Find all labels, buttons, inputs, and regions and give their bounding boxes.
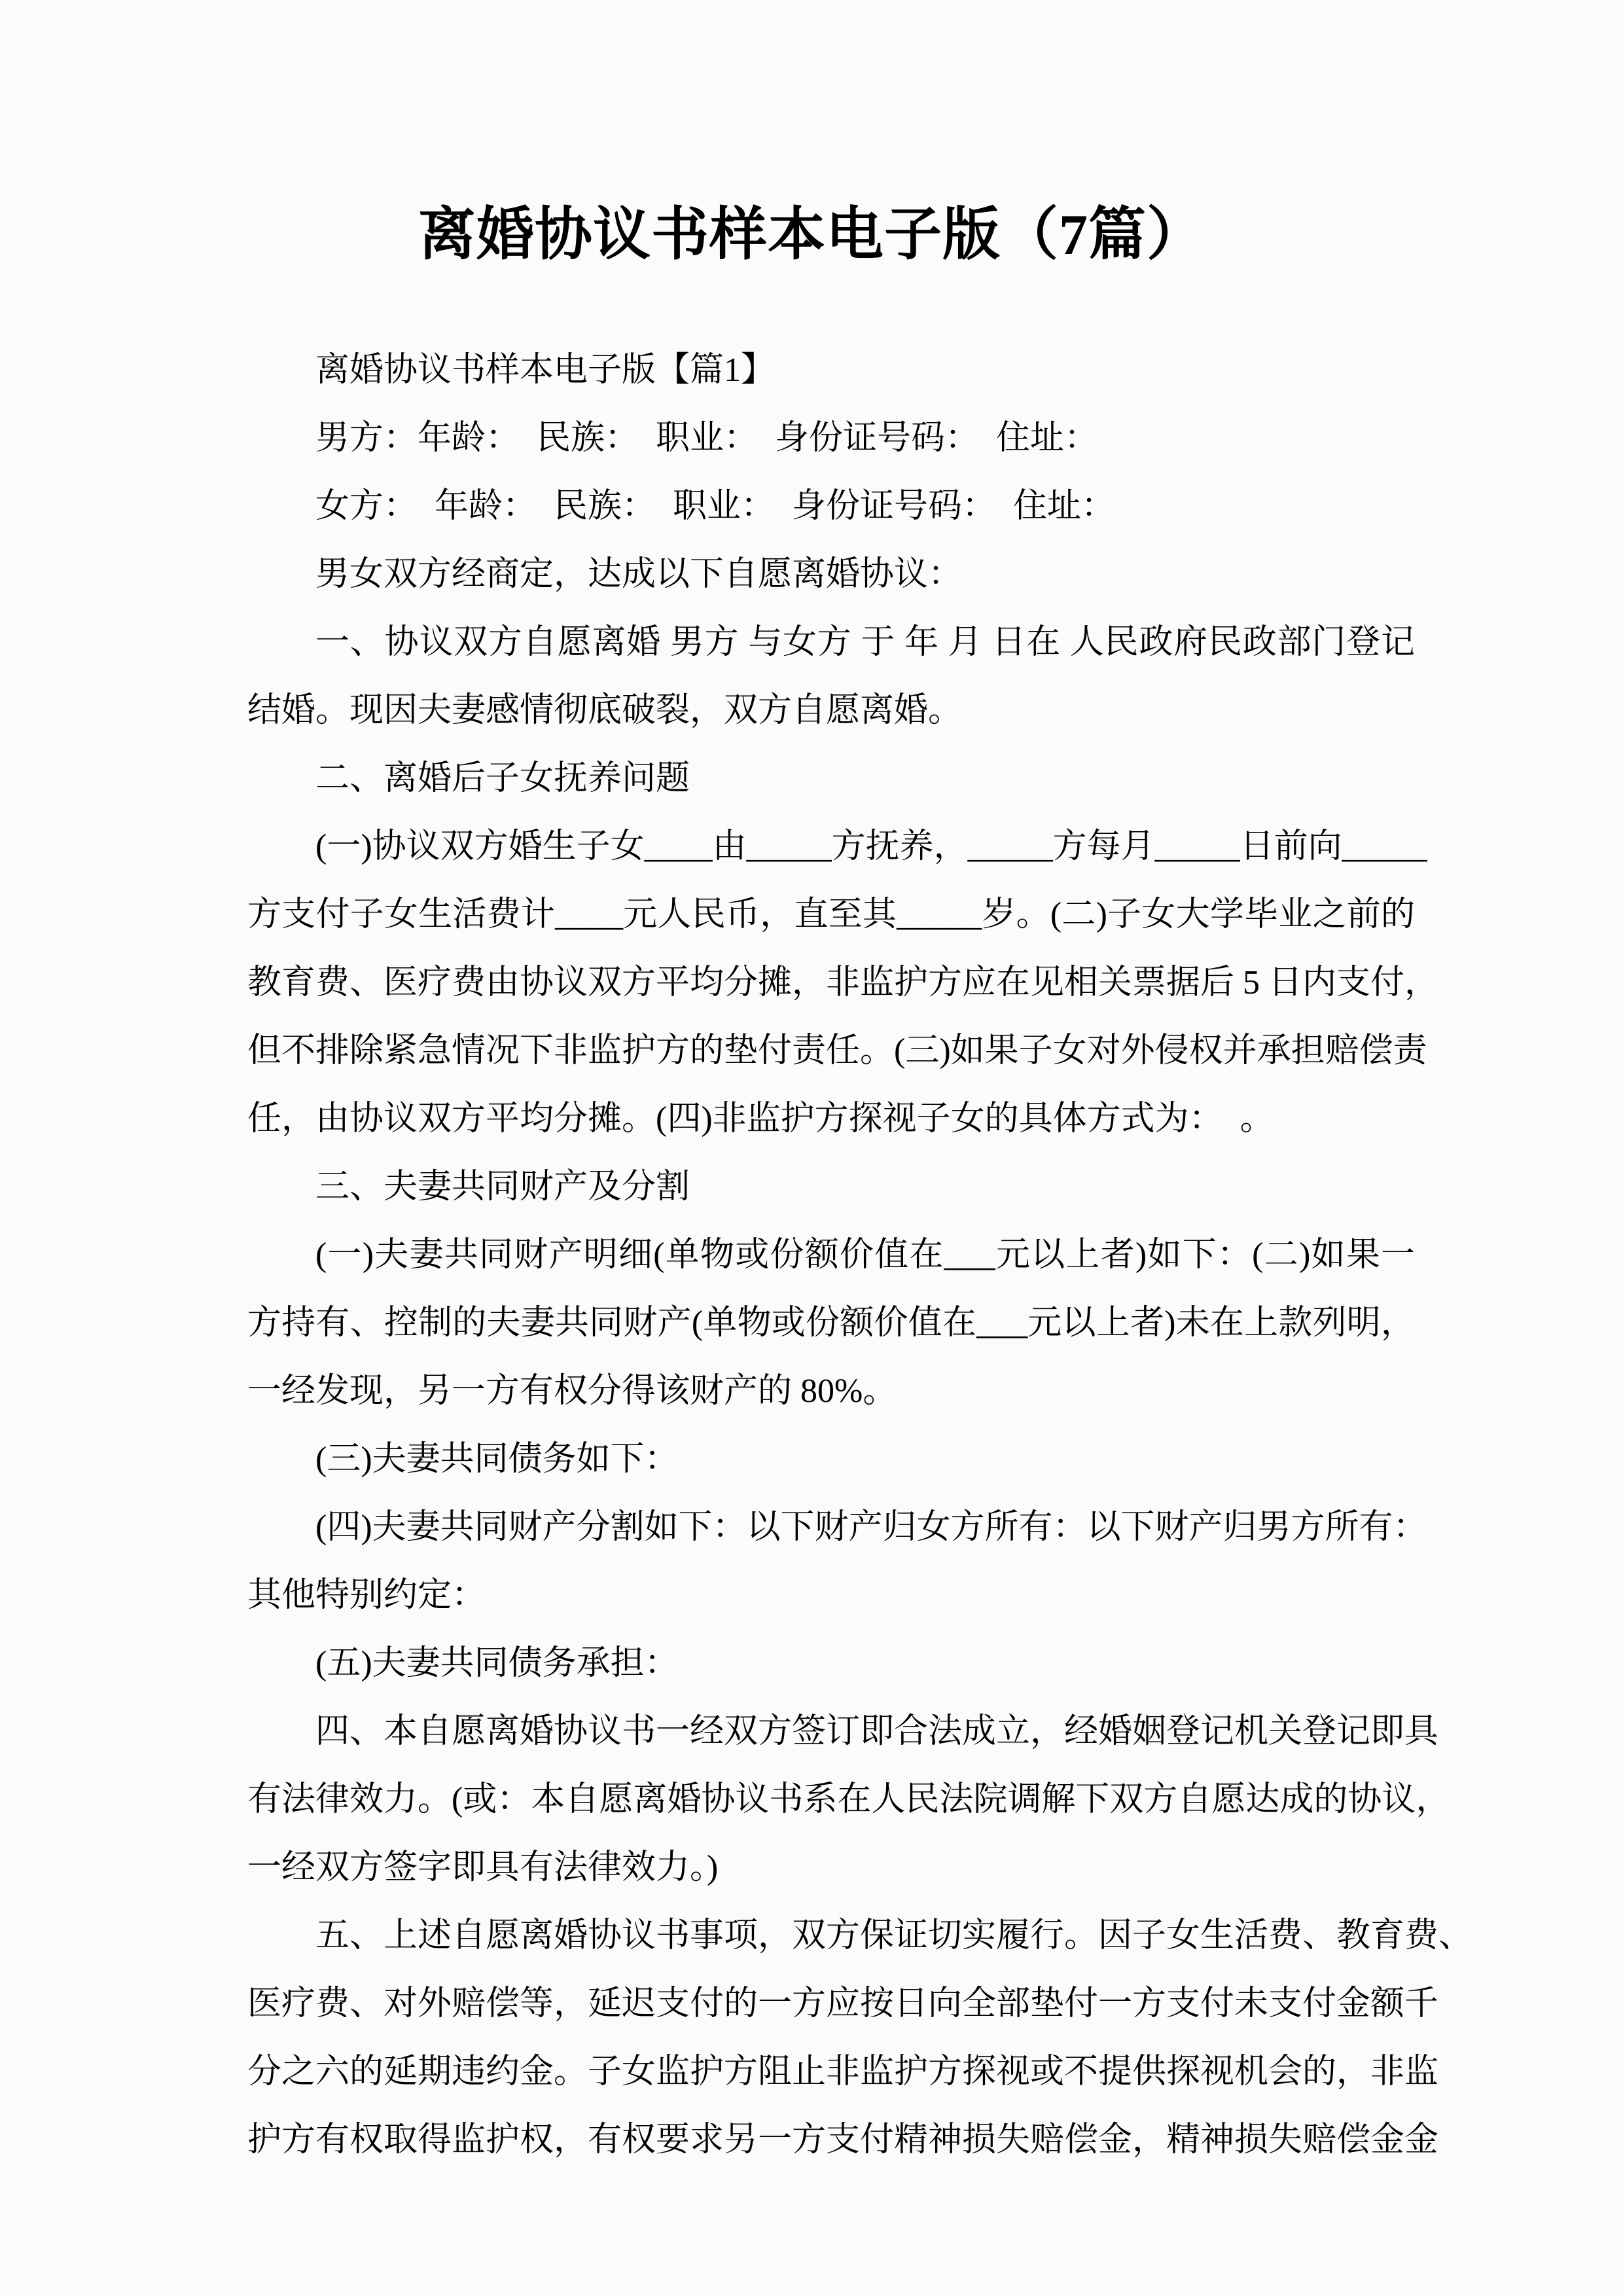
- text-line: 医疗费、对外赔偿等，延迟支付的一方应按日向全部垫付一方支付未支付金额千: [247, 1970, 1415, 2038]
- text-line: 方持有、控制的夫妻共同财产(单物或份额价值在___元以上者)未在上款列明，: [247, 1289, 1415, 1357]
- text-line: 教育费、医疗费由协议双方平均分摊，非监护方应在见相关票据后 5 日内支付，: [247, 949, 1415, 1017]
- page-title: 离婚协议书样本电子版（7篇）: [0, 204, 1623, 268]
- text-line: 一经发现，另一方有权分得该财产的 80%。: [247, 1357, 1415, 1426]
- document-page: 离婚协议书样本电子版（7篇） 离婚协议书样本电子版【篇1】男方：年龄： 民族： …: [0, 0, 1623, 2296]
- text-line: (一)夫妻共同财产明细(单物或份额价值在___元以上者)如下：(二)如果一: [247, 1221, 1415, 1289]
- text-line: 一、协议双方自愿离婚 男方 与女方 于 年 月 日在 人民政府民政部门登记: [247, 609, 1415, 677]
- text-line: 男女双方经商定，达成以下自愿离婚协议：: [247, 541, 1415, 609]
- text-line: 二、离婚后子女抚养问题: [247, 745, 1415, 813]
- text-line: 一经双方签字即具有法律效力。): [247, 1834, 1415, 1902]
- text-line: 三、夫妻共同财产及分割: [247, 1153, 1415, 1221]
- text-line: 护方有权取得监护权，有权要求另一方支付精神损失赔偿金，精神损失赔偿金金: [247, 2106, 1415, 2174]
- document-body: 离婚协议书样本电子版【篇1】男方：年龄： 民族： 职业： 身份证号码： 住址：女…: [247, 336, 1415, 2174]
- text-line: 有法律效力。(或：本自愿离婚协议书系在人民法院调解下双方自愿达成的协议，: [247, 1766, 1415, 1834]
- text-line: 四、本自愿离婚协议书一经双方签订即合法成立，经婚姻登记机关登记即具: [247, 1698, 1415, 1766]
- text-line: 方支付子女生活费计____元人民币，直至其_____岁。(二)子女大学毕业之前的: [247, 881, 1415, 949]
- text-line: 但不排除紧急情况下非监护方的垫付责任。(三)如果子女对外侵权并承担赔偿责: [247, 1017, 1415, 1085]
- text-line: (五)夫妻共同债务承担：: [247, 1630, 1415, 1698]
- text-line: 五、上述自愿离婚协议书事项，双方保证切实履行。因子女生活费、教育费、: [247, 1902, 1415, 1970]
- text-line: 任，由协议双方平均分摊。(四)非监护方探视子女的具体方式为： 。: [247, 1085, 1415, 1153]
- text-line: (四)夫妻共同财产分割如下：以下财产归女方所有：以下财产归男方所有：: [247, 1494, 1415, 1562]
- text-line: 其他特别约定：: [247, 1562, 1415, 1630]
- text-line: 女方： 年龄： 民族： 职业： 身份证号码： 住址：: [247, 473, 1415, 541]
- text-line: (三)夫妻共同债务如下：: [247, 1426, 1415, 1494]
- text-line: 分之六的延期违约金。子女监护方阻止非监护方探视或不提供探视机会的，非监: [247, 2038, 1415, 2106]
- text-line: 离婚协议书样本电子版【篇1】: [247, 336, 1415, 404]
- text-line: (一)协议双方婚生子女____由_____方抚养，_____方每月_____日前…: [247, 813, 1415, 881]
- text-line: 结婚。现因夫妻感情彻底破裂，双方自愿离婚。: [247, 677, 1415, 745]
- text-line: 男方：年龄： 民族： 职业： 身份证号码： 住址：: [247, 404, 1415, 473]
